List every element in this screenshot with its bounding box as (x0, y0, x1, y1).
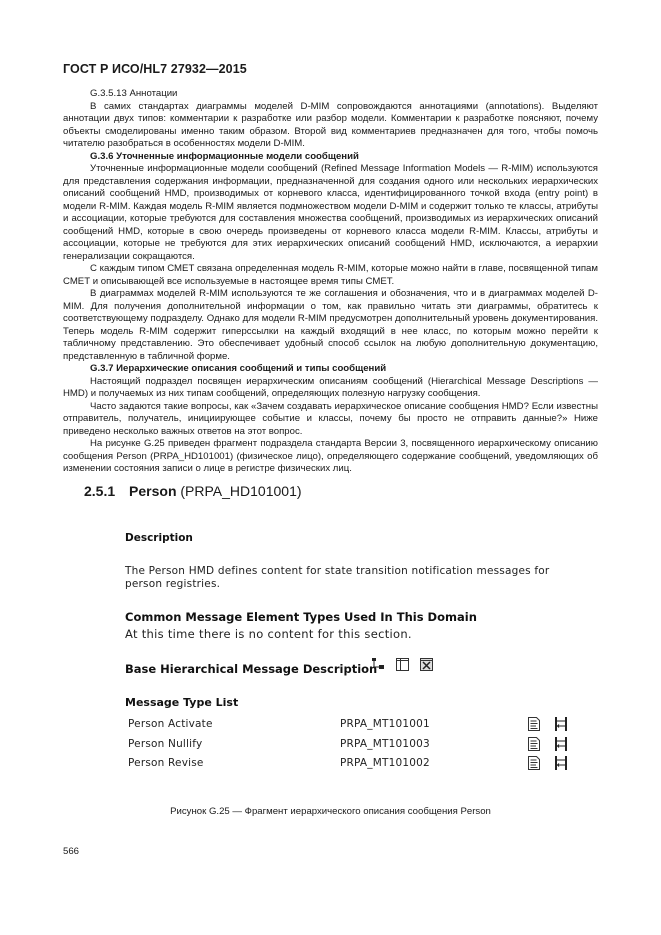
paragraph: В диаграммах моделей R-MIM используются … (63, 288, 598, 363)
section-heading: G.3.6 Уточненные информационные модели с… (63, 151, 598, 164)
message-type-name: Person Nullify (128, 738, 202, 750)
standard-header: ГОСТ Р ИСО/HL7 27932—2015 (63, 62, 247, 76)
description-heading: Description (125, 532, 193, 544)
paragraph: Настоящий подраздел посвящен иерархическ… (63, 376, 598, 401)
paragraph: G.3.5.13 Аннотации (63, 88, 598, 101)
message-type-name: Person Revise (128, 757, 204, 769)
body-text: G.3.5.13 Аннотации В самих стандартах ди… (63, 88, 598, 476)
description-text: The Person HMD defines content for state… (125, 565, 549, 577)
message-type-code[interactable]: PRPA_MT101003 (340, 738, 430, 750)
interaction-icon[interactable] (555, 717, 568, 730)
figure-caption: Рисунок G.25 — Фрагмент иерархического о… (0, 806, 661, 817)
section-number: 2.5.1 (84, 483, 115, 499)
paragraph: В самих стандартах диаграммы моделей D-M… (63, 101, 598, 151)
paragraph: Уточненные информационные модели сообщен… (63, 163, 598, 263)
base-hmd-icons (372, 658, 433, 671)
tree-view-icon[interactable] (372, 658, 385, 671)
excel-view-icon[interactable] (420, 658, 433, 671)
page-number: 566 (63, 846, 79, 857)
document-icon[interactable] (528, 717, 541, 730)
message-type-name: Person Activate (128, 718, 213, 730)
description-text-cont: person registries. (125, 578, 220, 590)
interaction-icon[interactable] (555, 737, 568, 750)
figure-title: 2.5.1 Person (PRPA_HD101001) (84, 483, 302, 499)
section-heading: G.3.7 Иерархические описания сообщений и… (63, 363, 598, 376)
paragraph: С каждым типом СМЕТ связана определенная… (63, 263, 598, 288)
interaction-icon[interactable] (555, 756, 568, 769)
cmet-heading: Common Message Element Types Used In Thi… (125, 610, 477, 624)
table-view-icon[interactable] (396, 658, 409, 671)
section-code: (PRPA_HD101001) (180, 483, 301, 499)
section-name: Person (129, 483, 176, 499)
document-icon[interactable] (528, 737, 541, 750)
message-type-heading: Message Type List (125, 696, 238, 709)
document-icon[interactable] (528, 756, 541, 769)
paragraph: На рисунке G.25 приведен фрагмент подраз… (63, 438, 598, 476)
message-type-code[interactable]: PRPA_MT101001 (340, 718, 430, 730)
message-type-code[interactable]: PRPA_MT101002 (340, 757, 430, 769)
base-hmd-heading: Base Hierarchical Message Description (125, 662, 377, 676)
cmet-text: At this time there is no content for thi… (125, 627, 412, 641)
paragraph: Часто задаются такие вопросы, как «Зачем… (63, 401, 598, 439)
